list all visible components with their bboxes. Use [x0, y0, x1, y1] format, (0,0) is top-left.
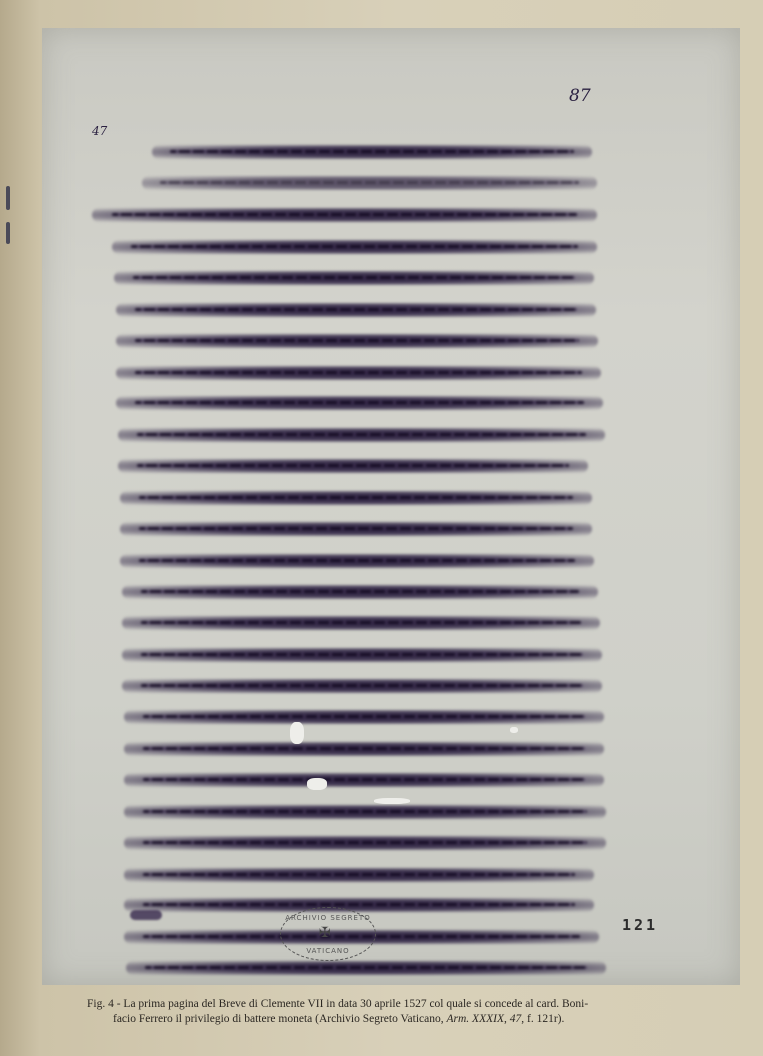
archive-stamp: ARCHIVIO SEGRETO ✠ VATICANO	[280, 907, 376, 961]
manuscript-line	[120, 491, 592, 505]
manuscript-line	[116, 303, 596, 317]
paper-damage	[510, 727, 518, 733]
manuscript-line	[124, 898, 594, 912]
manuscript-line	[116, 366, 601, 380]
caption-line-2: facio Ferrero il privilegio di battere m…	[87, 1012, 687, 1027]
paper-damage	[374, 798, 410, 804]
staple-bottom	[6, 222, 10, 244]
manuscript-line	[152, 145, 592, 159]
manuscript-line	[112, 240, 597, 254]
manuscript-photo: 87 47	[42, 28, 740, 985]
manuscript-line	[118, 428, 605, 442]
manuscript-line	[142, 176, 597, 190]
manuscript-line	[126, 961, 606, 975]
manuscript-line	[124, 805, 606, 819]
manuscript-line	[124, 868, 594, 882]
staple-top	[6, 186, 10, 210]
manuscript-line	[116, 396, 603, 410]
folio-number: 87	[569, 86, 591, 106]
caption-folio: , f. 121r).	[521, 1013, 564, 1025]
manuscript-line	[124, 836, 606, 850]
stamp-bottom-text: VATICANO	[281, 947, 375, 955]
manuscript-line	[116, 334, 598, 348]
manuscript-line	[118, 459, 588, 473]
manuscript-line	[124, 710, 604, 724]
signature-scrawl	[130, 910, 162, 920]
stamp-top-text: ARCHIVIO SEGRETO	[281, 914, 375, 922]
papal-emblem-icon: ✠	[319, 925, 331, 941]
figure-caption: Fig. 4 - La prima pagina del Breve di Cl…	[87, 997, 687, 1026]
manuscript-line	[122, 616, 600, 630]
caption-text: facio Ferrero il privilegio di battere m…	[113, 1013, 447, 1025]
margin-number: 47	[92, 124, 107, 138]
manuscript-line	[122, 585, 598, 599]
caption-line-1: La prima pagina del Breve di Clemente VI…	[123, 998, 588, 1010]
manuscript-line	[114, 271, 594, 285]
manuscript-line	[92, 208, 597, 222]
caption-archive-ref: Arm. XXXIX	[447, 1013, 504, 1025]
manuscript-line	[124, 773, 604, 787]
figure-label: Fig. 4 -	[87, 998, 123, 1010]
manuscript-line	[120, 522, 592, 536]
manuscript-line	[122, 648, 602, 662]
manuscript-line	[120, 554, 594, 568]
page-number: 121	[622, 916, 658, 934]
paper-damage	[290, 722, 304, 744]
paper-damage	[307, 778, 327, 790]
manuscript-line	[122, 679, 602, 693]
caption-volume: 47	[510, 1013, 522, 1025]
manuscript-line	[124, 742, 604, 756]
